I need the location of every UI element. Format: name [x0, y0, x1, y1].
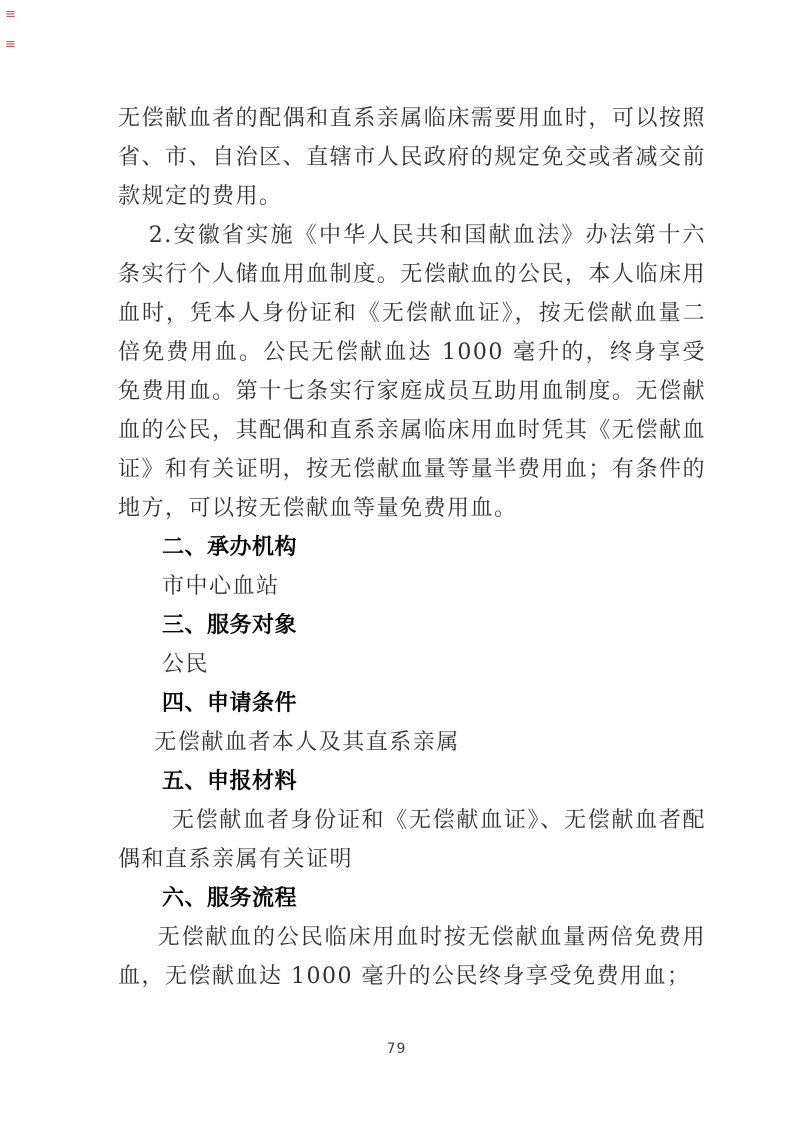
paragraph: 无偿献血的公民临床用血时按无偿献血量两倍免费用血，无偿献血达 1000 毫升的公… — [118, 918, 706, 996]
paragraph: 2.安徽省实施《中华人民共和国献血法》办法第十六条实行个人储血用血制度。无偿献血… — [118, 216, 706, 528]
section-heading: 四、申请条件 — [118, 684, 706, 723]
page-number: 79 — [387, 1041, 407, 1057]
document-body: 无偿献血者的配偶和直系亲属临床需要用血时，可以按照省、市、自治区、直辖市人民政府… — [118, 99, 706, 996]
page-footer: 79 — [0, 1038, 793, 1058]
paragraph: 无偿献血者本人及其直系亲属 — [118, 723, 706, 762]
section-heading: 六、服务流程 — [118, 879, 706, 918]
red-margin-mark-icon: ≡ — [5, 38, 16, 52]
paragraph: 市中心血站 — [118, 567, 706, 606]
paragraph: 无偿献血者身份证和《无偿献血证》、无偿献血者配偶和直系亲属有关证明 — [118, 801, 706, 879]
paragraph: 无偿献血者的配偶和直系亲属临床需要用血时，可以按照省、市、自治区、直辖市人民政府… — [118, 99, 706, 216]
section-heading: 二、承办机构 — [118, 528, 706, 567]
section-heading: 三、服务对象 — [118, 606, 706, 645]
paragraph: 公民 — [118, 645, 706, 684]
red-margin-mark-icon: ≡ — [5, 8, 16, 22]
section-heading: 五、申报材料 — [118, 762, 706, 801]
document-page: ≡ ≡ 无偿献血者的配偶和直系亲属临床需要用血时，可以按照省、市、自治区、直辖市… — [0, 0, 793, 1122]
